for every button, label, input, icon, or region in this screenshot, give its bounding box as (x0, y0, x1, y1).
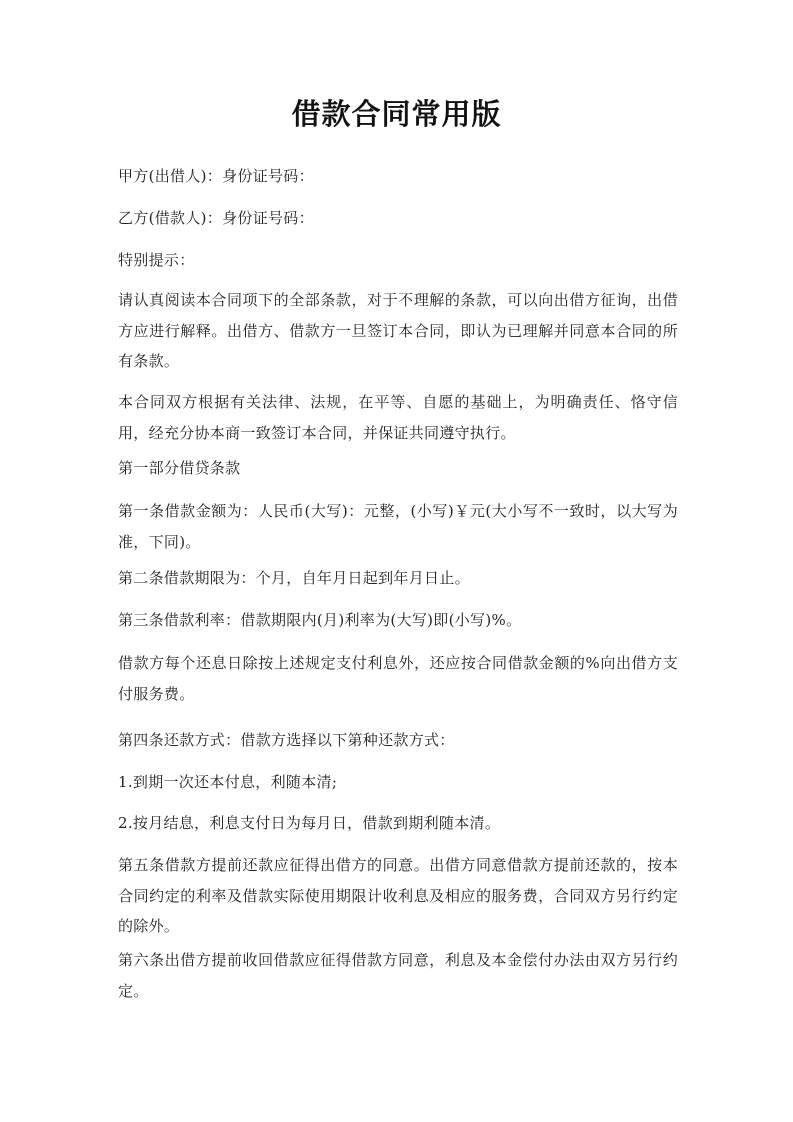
part-one-heading: 第一部分借贷条款 (118, 453, 678, 484)
party-b-line: 乙方(借款人)：身份证号码： (118, 203, 678, 234)
article-2-term: 第二条借款期限为：个月，自年月日起到年月日止。 (118, 563, 678, 594)
article-4-repayment-method: 第四条还款方式：借款方选择以下第种还款方式： (118, 725, 678, 756)
document-title: 借款合同常用版 (0, 94, 793, 134)
article-6-early-recall: 第六条出借方提前收回借款应征得借款方同意，利息及本金偿付办法由双方另行约定。 (118, 945, 678, 1006)
article-3-interest-rate: 第三条借款利率：借款期限内(月)利率为(大写)即(小写)%。 (118, 605, 678, 636)
special-notice-heading: 特别提示： (118, 245, 678, 276)
article-1-amount: 第一条借款金额为：人民币(大写)：元整，(小写)￥元(大小写不一致时，以大写为准… (118, 496, 678, 557)
repayment-option-1: 1.到期一次还本付息，利随本清; (118, 767, 678, 798)
special-notice-paragraph: 请认真阅读本合同项下的全部条款，对于不理解的条款，可以向出借方征询，出借方应进行… (118, 285, 678, 377)
party-a-line: 甲方(出借人)：身份证号码： (118, 161, 678, 192)
service-fee-paragraph: 借款方每个还息日除按上述规定支付利息外，还应按合同借款金额的%向出借方支付服务费… (118, 648, 678, 709)
article-5-early-repayment: 第五条借款方提前还款应征得出借方的同意。出借方同意借款方提前还款的，按本合同约定… (118, 850, 678, 942)
preamble-paragraph: 本合同双方根据有关法律、法规，在平等、自愿的基础上，为明确责任、恪守信用，经充分… (118, 387, 678, 448)
document-page: 借款合同常用版 甲方(出借人)：身份证号码： 乙方(借款人)：身份证号码： 特别… (0, 0, 793, 1122)
repayment-option-2: 2.按月结息，利息支付日为每月日，借款到期利随本清。 (118, 808, 678, 839)
